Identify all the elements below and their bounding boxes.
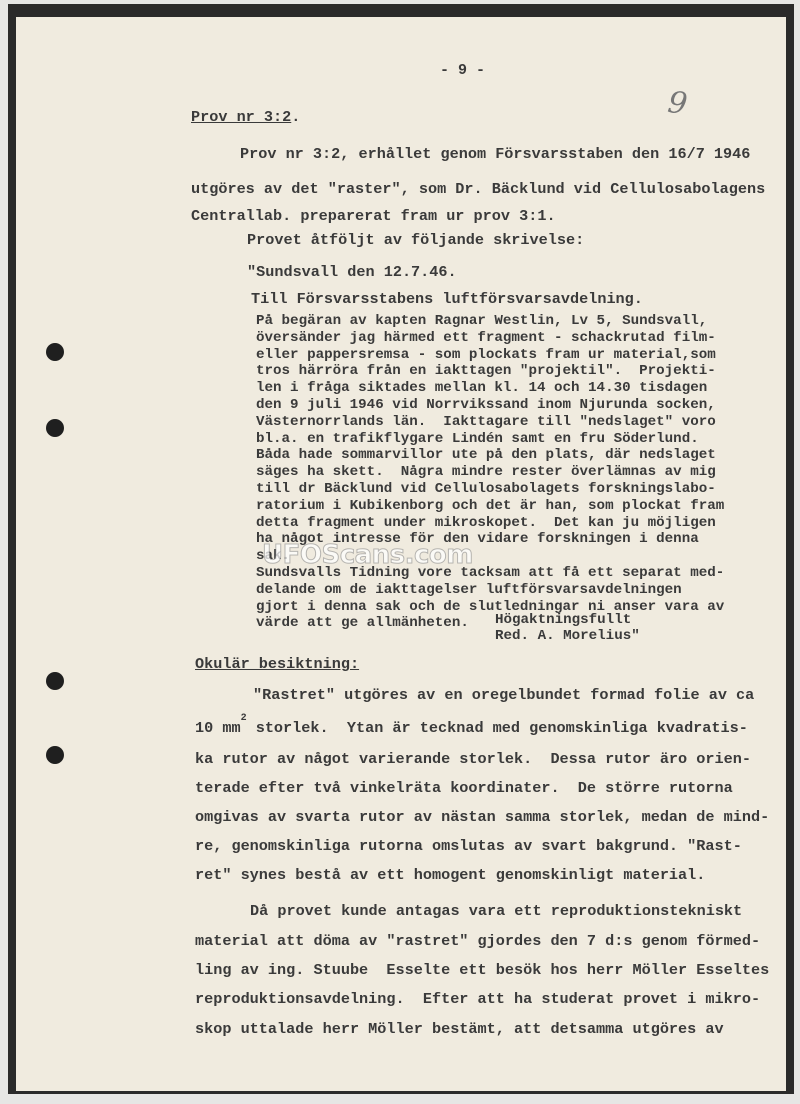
section-heading-okular: Okulär besiktning:	[195, 655, 359, 673]
punch-hole	[46, 419, 64, 437]
page-number: - 9 -	[440, 62, 485, 79]
punch-hole	[46, 746, 64, 764]
punch-hole	[46, 672, 64, 690]
letter-line: gjort i denna sak och de slutledningar n…	[256, 599, 724, 616]
heading-text: Prov nr 3:2	[191, 108, 291, 126]
letter-line: värde att ge allmänheten.	[256, 615, 724, 632]
paragraph-line: re, genomskinliga rutorna omslutas av sv…	[195, 837, 742, 855]
paragraph-line: omgivas av svarta rutor av nästan samma …	[195, 808, 769, 826]
paragraph-line: utgöres av det "raster", som Dr. Bäcklun…	[191, 180, 765, 198]
paragraph-line: reproduktionsavdelning. Efter att ha stu…	[195, 990, 760, 1008]
letter-line: len i fråga siktades mellan kl. 14 och 1…	[256, 380, 724, 397]
intro-line: Provet åtföljt av följande skrivelse:	[247, 231, 584, 249]
paragraph-line: material att döma av "rastret" gjordes d…	[195, 932, 760, 950]
paragraph-line: ka rutor av något varierande storlek. De…	[195, 750, 751, 768]
section-heading-prov: Prov nr 3:2.	[191, 108, 300, 126]
letter-closing: Högaktningsfullt	[495, 612, 631, 629]
watermark: UFOScans.com	[262, 540, 473, 570]
letter-line: den 9 juli 1946 vid Norrvikssand inom Nj…	[256, 397, 724, 414]
letter-line: delande om de iakttagelser luftförsvarsa…	[256, 582, 724, 599]
letter-line: Båda hade sommarvillor ute på den plats,…	[256, 447, 724, 464]
paragraph-line: skop uttalade herr Möller bestämt, att d…	[195, 1020, 724, 1038]
heading-suffix: .	[291, 108, 300, 126]
letter-body: På begäran av kapten Ragnar Westlin, Lv …	[256, 313, 724, 632]
letter-line: tros härröra från en iakttagen "projekti…	[256, 363, 724, 380]
letter-line: översänder jag härmed ett fragment - sch…	[256, 330, 724, 347]
letter-signature: Red. A. Morelius"	[495, 628, 640, 645]
letter-date: "Sundsvall den 12.7.46.	[247, 263, 457, 281]
letter-line: till dr Bäcklund vid Cellulosabolagets f…	[256, 481, 724, 498]
paragraph-line: ret" synes bestå av ett homogent genomsk…	[195, 866, 705, 884]
paragraph-line: Centrallab. preparerat fram ur prov 3:1.	[191, 207, 556, 225]
paragraph-line: 10 mm2 storlek. Ytan är tecknad med geno…	[195, 719, 748, 737]
letter-line: detta fragment under mikroskopet. Det ka…	[256, 515, 724, 532]
paragraph-line: Prov nr 3:2, erhållet genom Försvarsstab…	[240, 145, 750, 163]
letter-line: eller pappersremsa - som plockats fram u…	[256, 347, 724, 364]
paragraph-line: Då provet kunde antagas vara ett reprodu…	[250, 902, 742, 920]
paragraph-line: terade efter två vinkelräta koordinater.…	[195, 779, 733, 797]
paragraph-line: "Rastret" utgöres av en oregelbundet for…	[253, 686, 754, 704]
text-fragment: 10 mm	[195, 719, 241, 737]
paragraph-line: ling av ing. Stuube Esselte ett besök ho…	[195, 961, 769, 979]
letter-addressee: Till Försvarsstabens luftförsvarsavdelni…	[251, 290, 643, 308]
text-fragment: storlek. Ytan är tecknad med genomskinli…	[247, 719, 748, 737]
letter-line: Västernorrlands län. Iakttagare till "ne…	[256, 414, 724, 431]
letter-line: På begäran av kapten Ragnar Westlin, Lv …	[256, 313, 724, 330]
punch-hole	[46, 343, 64, 361]
letter-line: ratorium i Kubikenborg och det är han, s…	[256, 498, 724, 515]
letter-line: säges ha skett. Några mindre rester över…	[256, 464, 724, 481]
superscript: 2	[241, 713, 247, 724]
letter-line: bl.a. en trafikflygare Lindén samt en fr…	[256, 431, 724, 448]
